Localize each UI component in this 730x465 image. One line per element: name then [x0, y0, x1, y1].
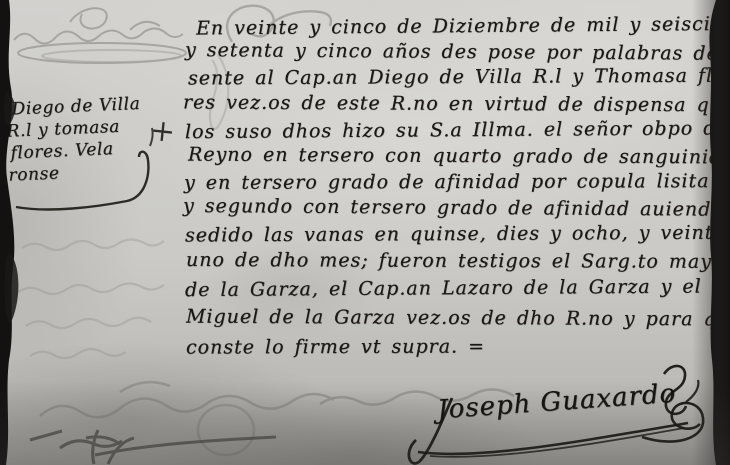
- page-edge-right-gradient: [692, 0, 730, 465]
- page-edge-left: [0, 0, 14, 465]
- page-edges: [0, 0, 730, 465]
- document-scan: Diego de Villa R.l y tomasa flores. Vela…: [0, 0, 730, 465]
